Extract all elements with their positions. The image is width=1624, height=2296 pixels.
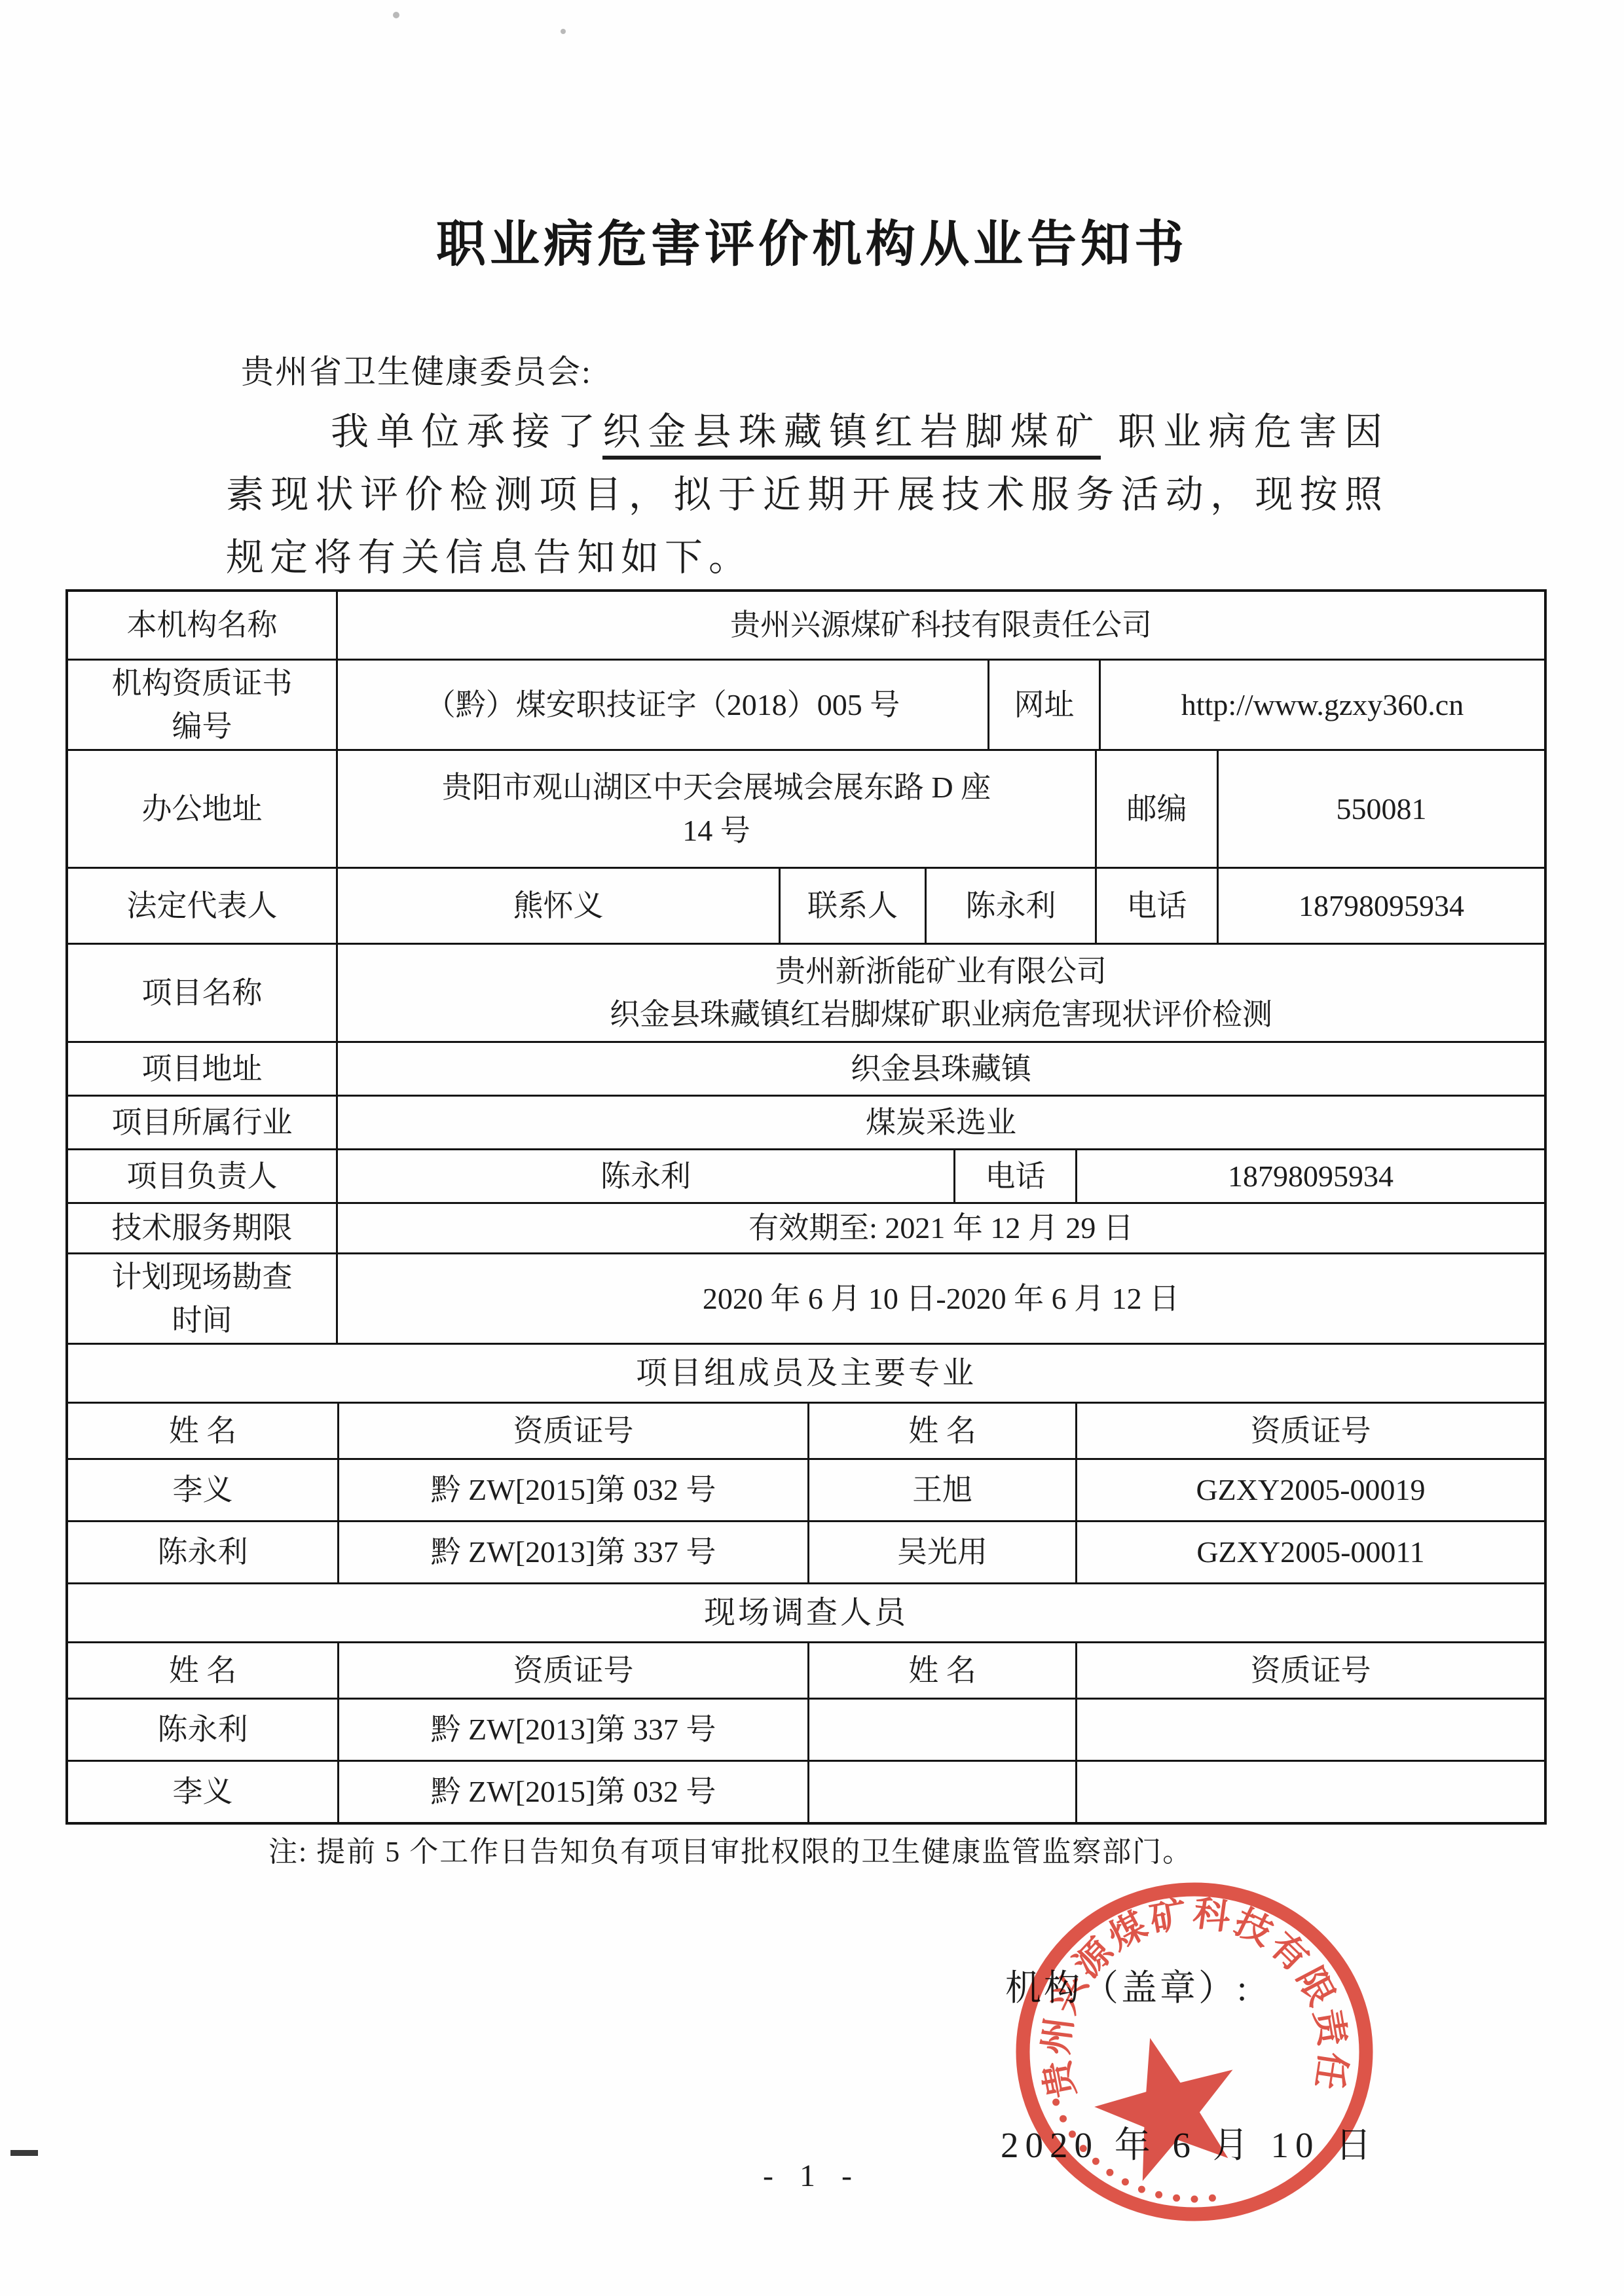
website-label: 网址	[987, 661, 1099, 749]
postcode-label: 邮编	[1095, 751, 1217, 867]
surveyor-cert: 黔 ZW[2015]第 032 号	[337, 1762, 807, 1822]
salutation: 贵州省卫生健康委员会:	[241, 346, 592, 393]
member-name: 吴光用	[807, 1522, 1075, 1582]
underlined-project-name: 织金县珠藏镇红岩脚煤矿	[602, 410, 1101, 460]
surveyor-row: 陈永利 黔 ZW[2013]第 337 号	[68, 1698, 1544, 1760]
surveyor-cert: 黔 ZW[2013]第 337 号	[337, 1700, 807, 1760]
table-row-project-leader: 项目负责人 陈永利 电话 18798095934	[68, 1148, 1544, 1202]
member-name: 王旭	[807, 1460, 1075, 1520]
contact-label: 联系人	[779, 869, 925, 943]
project-name-value: 贵州新浙能矿业有限公司 织金县珠藏镇红岩脚煤矿职业病危害现状评价检测	[336, 945, 1544, 1041]
service-term-value: 有效期至: 2021 年 12 月 29 日	[336, 1204, 1544, 1252]
row-label: 本机构名称	[68, 592, 336, 659]
row-label: 项目地址	[68, 1043, 336, 1095]
row-label: 计划现场勘查 时间	[68, 1254, 336, 1343]
postcode-value: 550081	[1217, 751, 1544, 867]
surveyor-cert-empty	[1075, 1762, 1544, 1822]
surveyor-name-empty	[807, 1700, 1075, 1760]
row-label: 办公地址	[68, 751, 336, 867]
member-cert: 黔 ZW[2015]第 032 号	[337, 1460, 807, 1520]
row-label: 项目所属行业	[68, 1097, 336, 1148]
name-column-header: 姓 名	[68, 1404, 337, 1458]
office-address-value: 贵阳市观山湖区中天会展城会展东路 D 座 14 号	[336, 751, 1095, 867]
surveyor-row: 李义 黔 ZW[2015]第 032 号	[68, 1760, 1544, 1822]
surveyor-cert-empty	[1075, 1700, 1544, 1760]
name-column-header: 姓 名	[807, 1404, 1075, 1458]
cert-column-header: 资质证号	[1075, 1643, 1544, 1698]
member-name: 陈永利	[68, 1522, 337, 1582]
table-row-project-name: 项目名称 贵州新浙能矿业有限公司 织金县珠藏镇红岩脚煤矿职业病危害现状评价检测	[68, 943, 1544, 1041]
table-section-project-members: 项目组成员及主要专业	[68, 1343, 1544, 1402]
surveyor-name: 李义	[68, 1762, 337, 1822]
row-label: 法定代表人	[68, 869, 336, 943]
company-seal-stamp: 贵州兴源煤矿科技有限责任公司	[1005, 1880, 1384, 2234]
surveyor-name: 陈永利	[68, 1700, 337, 1760]
phone-label: 电话	[1095, 869, 1217, 943]
leader-phone-label: 电话	[953, 1150, 1075, 1202]
table-row-service-term: 技术服务期限 有效期至: 2021 年 12 月 29 日	[68, 1202, 1544, 1252]
scanned-notification-document: 职业病危害评价机构从业告知书 贵州省卫生健康委员会: 我单位承接了织金县珠藏镇红…	[0, 0, 1624, 2296]
paragraph-lead: 我单位承接了	[331, 410, 602, 453]
row-label: 技术服务期限	[68, 1204, 336, 1252]
cert-column-header: 资质证号	[1075, 1404, 1544, 1458]
table-row-org-name: 本机构名称 贵州兴源煤矿科技有限责任公司	[68, 592, 1544, 659]
org-name-value: 贵州兴源煤矿科技有限责任公司	[336, 592, 1544, 659]
seal-star-icon	[1094, 2038, 1232, 2181]
table-section-field-surveyors: 现场调查人员	[68, 1582, 1544, 1641]
member-cert: GZXY2005-00019	[1075, 1460, 1544, 1520]
phone-value: 18798095934	[1217, 869, 1544, 943]
member-row: 陈永利 黔 ZW[2013]第 337 号 吴光用 GZXY2005-00011	[68, 1520, 1544, 1582]
cert-column-header: 资质证号	[337, 1404, 807, 1458]
contact-value: 陈永利	[925, 869, 1095, 943]
cert-column-header: 资质证号	[337, 1643, 807, 1698]
table-row-office-address: 办公地址 贵阳市观山湖区中天会展城会展东路 D 座 14 号 邮编 550081	[68, 749, 1544, 867]
footnote: 注: 提前 5 个工作日告知负有项目审批权限的卫生健康监管监察部门。	[268, 1828, 1192, 1870]
project-members-section-title: 项目组成员及主要专业	[68, 1345, 1544, 1402]
name-column-header: 姓 名	[807, 1643, 1075, 1698]
website-value: http://www.gzxy360.cn	[1099, 661, 1544, 749]
field-surveyors-section-title: 现场调查人员	[68, 1584, 1544, 1641]
row-label: 项目名称	[68, 945, 336, 1041]
svg-text:贵州兴源煤矿科技有限责任公司: 贵州兴源煤矿科技有限责任公司	[1005, 1880, 1353, 2102]
survey-schedule-value: 2020 年 6 月 10 日-2020 年 6 月 12 日	[336, 1254, 1544, 1343]
certificate-number-value: （黔）煤安职技证字（2018）005 号	[336, 661, 987, 749]
legal-representative-value: 熊怀义	[336, 869, 779, 943]
scan-speck	[561, 29, 566, 34]
page-title: 职业病危害评价机构从业告知书	[0, 204, 1624, 276]
leader-phone-value: 18798095934	[1075, 1150, 1544, 1202]
table-row-certificate: 机构资质证书 编号 （黔）煤安职技证字（2018）005 号 网址 http:/…	[68, 659, 1544, 749]
member-cert: 黔 ZW[2013]第 337 号	[337, 1522, 807, 1582]
member-cert: GZXY2005-00011	[1075, 1522, 1544, 1582]
project-leader-value: 陈永利	[336, 1150, 953, 1202]
row-label: 项目负责人	[68, 1150, 336, 1202]
member-name: 李义	[68, 1460, 337, 1520]
surveyor-name-empty	[807, 1762, 1075, 1822]
table-row-industry: 项目所属行业 煤炭采选业	[68, 1095, 1544, 1148]
scan-artifact-dash	[10, 2150, 38, 2156]
member-header-row: 姓 名 资质证号 姓 名 资质证号	[68, 1402, 1544, 1458]
notification-info-table: 本机构名称 贵州兴源煤矿科技有限责任公司 机构资质证书 编号 （黔）煤安职技证字…	[65, 589, 1547, 1825]
industry-value: 煤炭采选业	[336, 1097, 1544, 1148]
row-label: 机构资质证书 编号	[68, 661, 336, 749]
seal-company-name: 贵州兴源煤矿科技有限责任公司	[1005, 1880, 1353, 2102]
intro-paragraph: 我单位承接了织金县珠藏镇红岩脚煤矿 职业病危害因素现状评价检测项目，拟于近期开展…	[226, 401, 1388, 589]
project-address-value: 织金县珠藏镇	[336, 1043, 1544, 1095]
member-row: 李义 黔 ZW[2015]第 032 号 王旭 GZXY2005-00019	[68, 1458, 1544, 1520]
table-row-legal-representative: 法定代表人 熊怀义 联系人 陈永利 电话 18798095934	[68, 867, 1544, 943]
name-column-header: 姓 名	[68, 1643, 337, 1698]
table-row-survey-schedule: 计划现场勘查 时间 2020 年 6 月 10 日-2020 年 6 月 12 …	[68, 1252, 1544, 1343]
scan-speck	[393, 12, 399, 18]
surveyor-header-row: 姓 名 资质证号 姓 名 资质证号	[68, 1641, 1544, 1698]
table-row-project-address: 项目地址 织金县珠藏镇	[68, 1041, 1544, 1095]
